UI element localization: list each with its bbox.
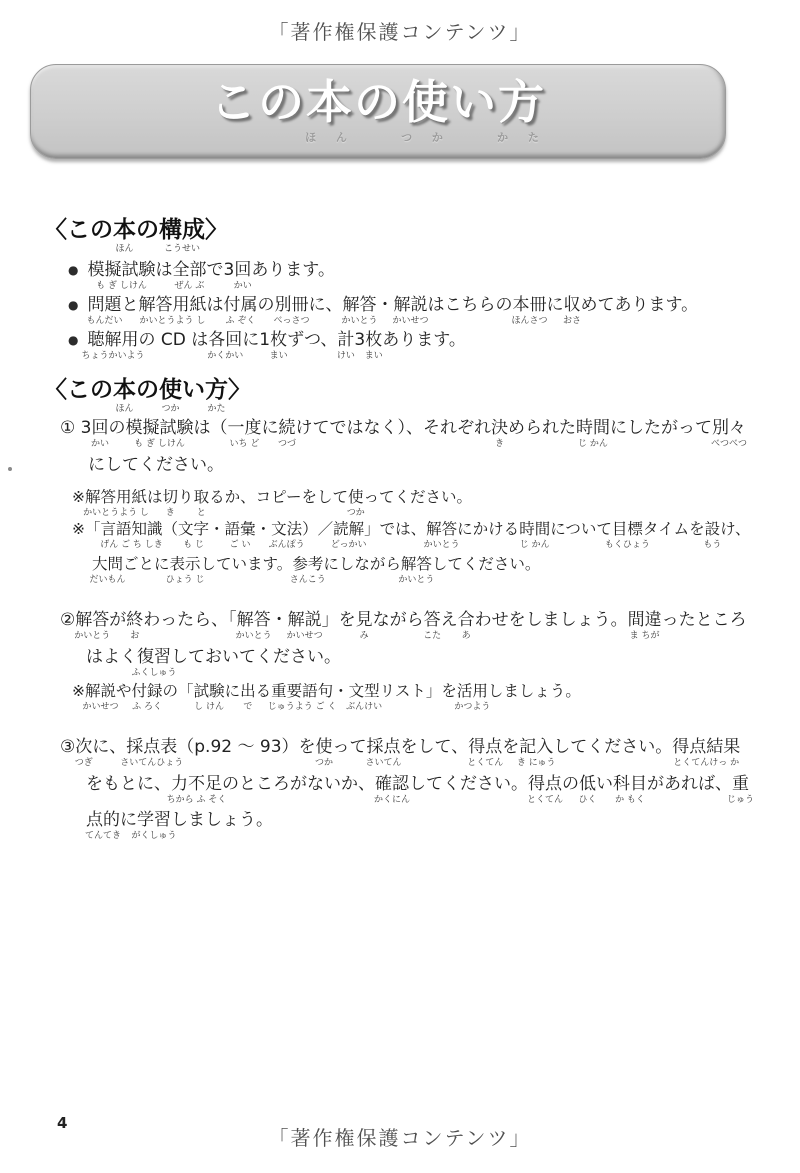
usage-item-2-line-1: ② 解答かいとうが終おわったら、「解答かいとう・解説かいせつ」を見みながら答こた…	[60, 608, 747, 645]
usage-item-1-line-2: にしてください。	[88, 453, 224, 490]
copyright-header: 「著作権保護コンテンツ」	[0, 16, 800, 45]
bullet-2-text: 問題もんだいと解答用紙かいとうよう しは付属ふ ぞくの別冊べっさつに、解答かいと…	[87, 293, 698, 312]
usage-note-2-line-1: ※「言語知識げん ご ち しき（文字も じ・語彙ご い・文法ぶんぽう）／読解どっ…	[72, 518, 751, 555]
usage-item-2-line-2: はよく復習ふくしゅうしておいてください。	[86, 645, 341, 682]
usage-item-3-line-2: をもとに、 力不足ちから ふ そくのところがないか、 確認かくにんしてください。…	[86, 772, 749, 809]
section-heading-structure: 〈この本ほんの構成こうせい〉	[44, 216, 228, 253]
structure-bullet-2: ●問題もんだいと解答用紙かいとうよう しは付属ふ ぞくの別冊べっさつに、解答かい…	[68, 293, 698, 330]
usage-item-1-line-1: ① 3回かいの模擬試験も ぎ しけんは（一度いち どに続つづけてではなく）、それ…	[60, 416, 746, 453]
structure-bullet-3: ●聴解用ちょうかいようの CD は各回かくかいに1枚まいずつ、計けい3枚まいあり…	[68, 328, 466, 365]
structure-bullet-1: ●模擬試験も ぎ しけんは全部ぜん ぶで3回かいあります。	[68, 258, 335, 295]
bullet-1-text: 模擬試験も ぎ しけんは全部ぜん ぶで3回かいあります。	[87, 258, 334, 277]
usage-item-3-line-1: ③ 次つぎに、 採点表さいてんひょう（p.92 〜 93）を使つかって採点さいて…	[60, 735, 740, 772]
book-page: 「著作権保護コンテンツ」 この本ほ んの使つ かい方か た 〈この本ほんの構成こ…	[0, 0, 800, 1173]
bullet-icon: ●	[68, 328, 78, 352]
bullet-3-text: 聴解用ちょうかいようの CD は各回かくかいに1枚まいずつ、計けい3枚まいありま…	[87, 328, 465, 347]
copyright-footer: 「著作権保護コンテンツ」	[0, 1122, 800, 1151]
usage-item-3-line-3: 点的てんてきに学習がくしゅうしましょう。	[86, 808, 273, 845]
bullet-icon: ●	[68, 258, 78, 282]
banner-title: この本ほ んの使つ かい方か た	[210, 74, 546, 111]
scan-artifact-dot	[8, 467, 12, 471]
bullet-icon: ●	[68, 293, 78, 317]
usage-note-3: ※ 解説かいせつや付録ふ ろくの「試験し けんに出でる重要語句じゅうよう ご く…	[72, 680, 581, 717]
title-banner: この本ほ んの使つ かい方か た	[30, 64, 726, 159]
usage-note-2-line-2: 大問だいもんごとに表示ひょう じしています。参考さんこうにしながら解答かいとうし…	[92, 553, 540, 590]
section-heading-usage: 〈この本ほんの使つかい方かた〉	[44, 376, 251, 413]
